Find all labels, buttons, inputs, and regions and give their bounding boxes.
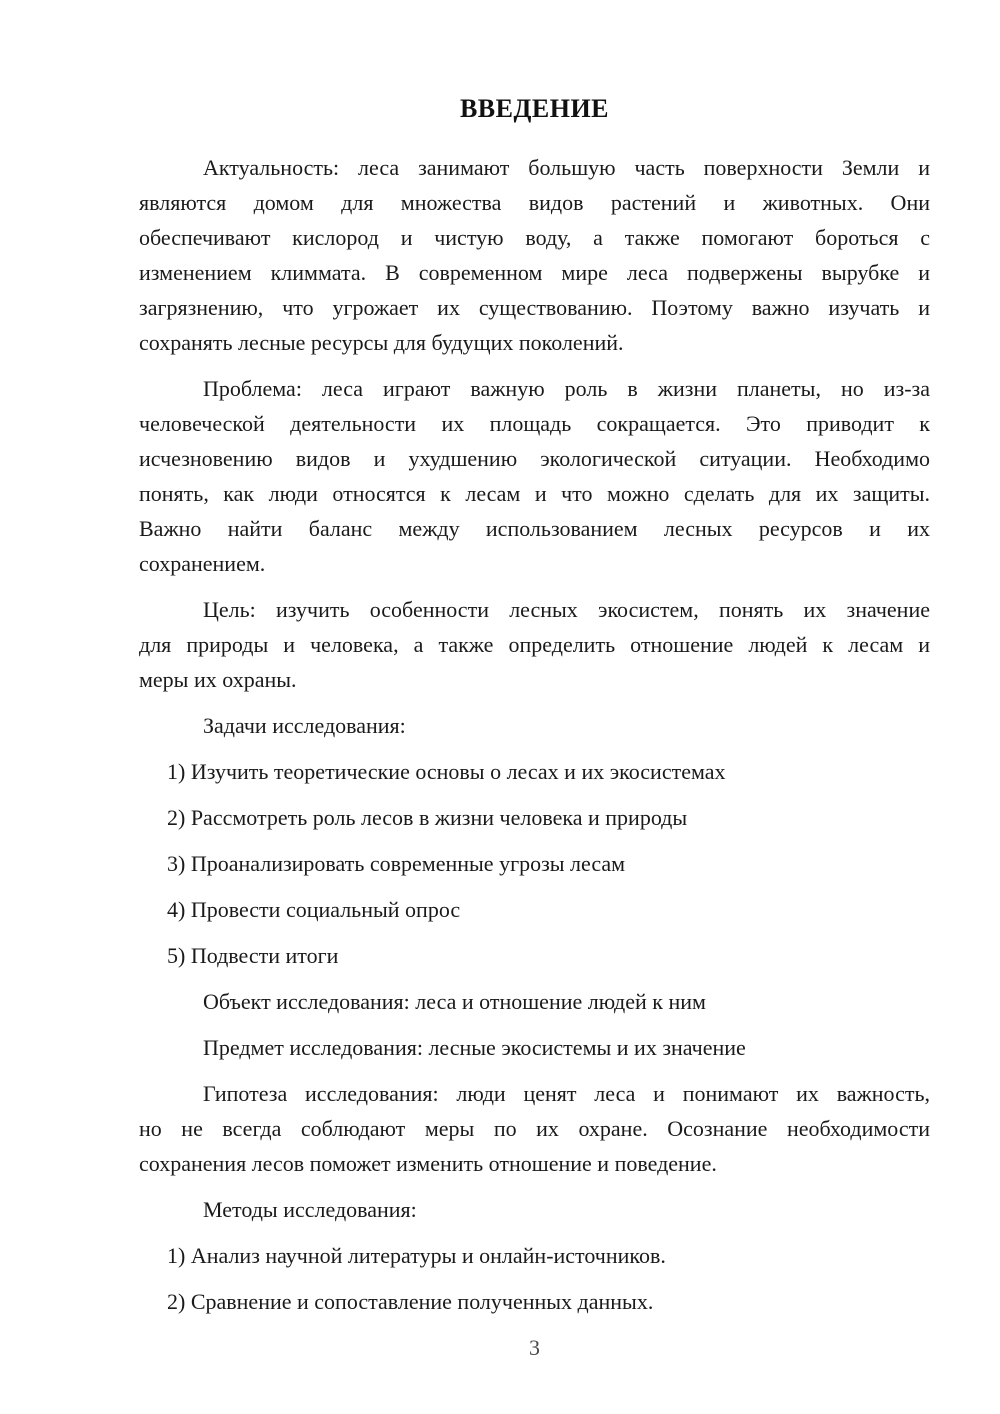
subject-line: Предмет исследования: лесные экосистемы … (139, 1030, 930, 1065)
text-line: Важно найти баланс между использованием … (139, 511, 930, 546)
text-line: изменением климмата. В современном мире … (139, 255, 930, 290)
page-title: ВВЕДЕНИЕ (139, 93, 930, 125)
text-line: Методы исследования: (139, 1192, 930, 1227)
methods-list: 1) Анализ научной литературы и онлайн-ис… (139, 1238, 930, 1319)
text-line: для природы и человека, а также определи… (139, 627, 930, 662)
list-item: 1) Анализ научной литературы и онлайн-ис… (167, 1238, 930, 1273)
text-line: сохранения лесов поможет изменить отноше… (139, 1146, 930, 1181)
paragraph-hypothesis: Гипотеза исследования: люди ценят леса и… (139, 1076, 930, 1181)
text-line: Цель: изучить особенности лесных экосист… (139, 592, 930, 627)
text-line: исчезновению видов и ухудшению экологиче… (139, 441, 930, 476)
text-line: сохранением. (139, 546, 930, 581)
page-number: 3 (139, 1330, 930, 1365)
list-item: 4) Провести социальный опрос (167, 892, 930, 927)
list-item: 1) Изучить теоретические основы о лесах … (167, 754, 930, 789)
list-item: 5) Подвести итоги (167, 938, 930, 973)
methods-heading: Методы исследования: (139, 1192, 930, 1227)
text-line: обеспечивают кислород и чистую воду, а т… (139, 220, 930, 255)
text-line: Объект исследования: леса и отношение лю… (139, 984, 930, 1019)
object-line: Объект исследования: леса и отношение лю… (139, 984, 930, 1019)
list-item: 2) Рассмотреть роль лесов в жизни челове… (167, 800, 930, 835)
text-line: сохранять лесные ресурсы для будущих пок… (139, 325, 930, 360)
list-item: 3) Проанализировать современные угрозы л… (167, 846, 930, 881)
document-page: ВВЕДЕНИЕ Актуальность: леса занимают бол… (0, 0, 1000, 1414)
text-line: Гипотеза исследования: люди ценят леса и… (139, 1076, 930, 1111)
text-line: человеческой деятельности их площадь сок… (139, 406, 930, 441)
text-line: но не всегда соблюдают меры по их охране… (139, 1111, 930, 1146)
paragraph-problem: Проблема: леса играют важную роль в жизн… (139, 371, 930, 581)
text-line: меры их охраны. (139, 662, 930, 697)
text-line: Актуальность: леса занимают большую част… (139, 150, 930, 185)
text-line: понять, как люди относятся к лесам и что… (139, 476, 930, 511)
text-line: являются домом для множества видов расте… (139, 185, 930, 220)
text-line: Задачи исследования: (139, 708, 930, 743)
paragraph-relevance: Актуальность: леса занимают большую част… (139, 150, 930, 360)
list-item: 2) Сравнение и сопоставление полученных … (167, 1284, 930, 1319)
text-line: Предмет исследования: лесные экосистемы … (139, 1030, 930, 1065)
text-line: загрязнению, что угрожает их существован… (139, 290, 930, 325)
text-line: Проблема: леса играют важную роль в жизн… (139, 371, 930, 406)
tasks-list: 1) Изучить теоретические основы о лесах … (139, 754, 930, 973)
paragraph-goal: Цель: изучить особенности лесных экосист… (139, 592, 930, 697)
tasks-heading: Задачи исследования: (139, 708, 930, 743)
